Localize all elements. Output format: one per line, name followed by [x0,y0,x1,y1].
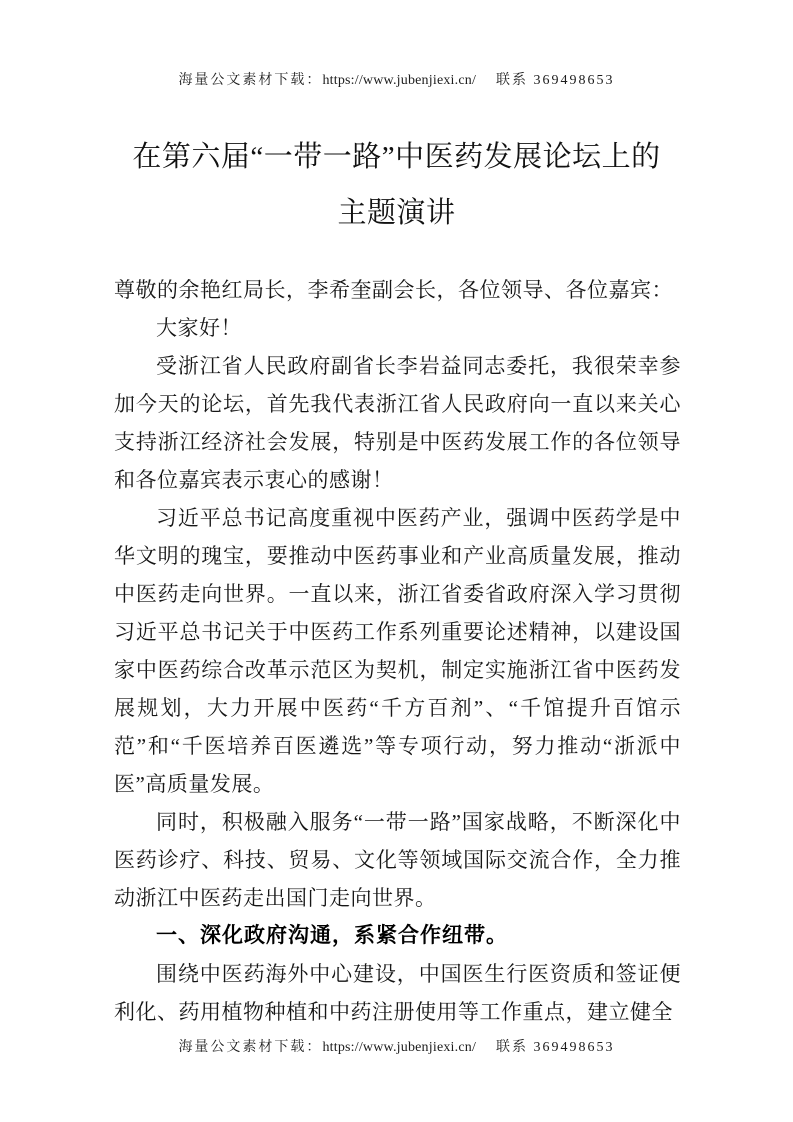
title-line-1: 在第六届“一带一路”中医药发展论坛上的 [0,129,793,185]
document-page: 海量公文素材下载：https://www.jubenjiexi.cn/联系 36… [0,0,793,1122]
paragraph-overseas-centers: 围绕中医药海外中心建设，中国医生行医资质和签证便利化、药用植物种植和中药注册使用… [114,955,681,1031]
footer-url: https://www.jubenjiexi.cn/ [322,1040,476,1055]
title-line-2: 主题演讲 [0,185,793,241]
greeting-line: 大家好！ [114,309,681,347]
section-heading-1: 一、深化政府沟通，系紧合作纽带。 [114,917,681,955]
paragraph-thanks: 受浙江省人民政府副省长李岩益同志委托，我很荣幸参加今天的论坛，首先我代表浙江省人… [114,347,681,499]
paragraph-belt-and-road: 同时，积极融入服务“一带一路”国家战略，不断深化中医药诊疗、科技、贸易、文化等领… [114,803,681,917]
document-body: 尊敬的余艳红局长，李希奎副会长，各位领导、各位嘉宾： 大家好！ 受浙江省人民政府… [114,271,681,1035]
header-source-label: 海量公文素材下载： [178,73,322,88]
salutation-line: 尊敬的余艳红局长，李希奎副会长，各位领导、各位嘉宾： [114,271,681,309]
paragraph-tcm-development: 习近平总书记高度重视中医药产业，强调中医药学是中华文明的瑰宝，要推动中医药事业和… [114,499,681,803]
footer-watermark: 海量公文素材下载：https://www.jubenjiexi.cn/联系 36… [0,1036,793,1056]
footer-source-label: 海量公文素材下载： [178,1040,322,1055]
document-title: 在第六届“一带一路”中医药发展论坛上的 主题演讲 [0,129,793,241]
footer-contact: 联系 369498653 [496,1040,615,1055]
header-contact: 联系 369498653 [496,73,615,88]
header-watermark: 海量公文素材下载：https://www.jubenjiexi.cn/联系 36… [0,69,793,89]
header-url: https://www.jubenjiexi.cn/ [322,73,476,88]
